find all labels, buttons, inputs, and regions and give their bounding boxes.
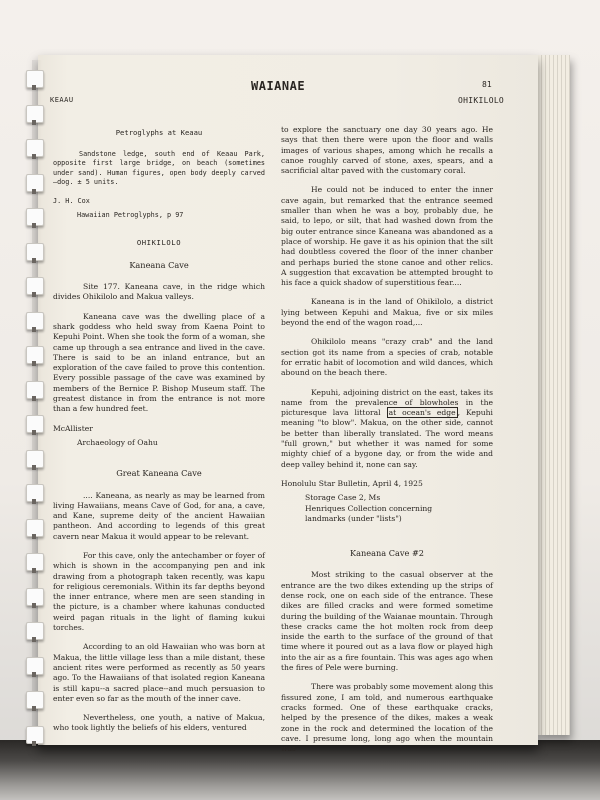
cite-line: Storage Case 2, Ms	[305, 493, 493, 503]
binding-coil	[24, 657, 44, 677]
cave2-p1: Most striking to the casual observer at …	[281, 570, 493, 673]
binding-coil	[24, 450, 44, 470]
binding-coil	[24, 622, 44, 642]
binding-coil	[24, 484, 44, 504]
great-kaneana-p3: According to an old Hawaiian who was bor…	[53, 642, 265, 704]
binding-coil	[24, 312, 44, 332]
binding-coil	[24, 208, 44, 228]
petroglyphs-text: Sandstone ledge, south end of Keaau Park…	[53, 150, 265, 188]
kaneana-cite-author: McAllister	[53, 424, 265, 434]
bracketed-insert: at ocean's edge	[387, 407, 458, 418]
right-p4: Ohikilolo means "crazy crab" and the lan…	[281, 337, 493, 378]
binding-coil	[24, 346, 44, 366]
binding-coil	[24, 174, 44, 194]
binding-coil	[24, 243, 44, 263]
binding-coil	[24, 726, 44, 746]
cite-line: landmarks (under "lists")	[305, 514, 493, 524]
header-title: WAIANAE	[251, 79, 305, 93]
great-kaneana-p4: Nevertheless, one youth, a native of Mak…	[53, 713, 265, 734]
binding-coil	[24, 691, 44, 711]
header-right-label: OHIKILOLO	[458, 96, 504, 105]
binding-coil	[24, 588, 44, 608]
binding-coil	[24, 381, 44, 401]
right-column: to explore the sanctuary one day 30 year…	[281, 125, 493, 763]
petroglyphs-cite-work: Hawaiian Petroglyphs, p 97	[77, 211, 265, 221]
right-p1: to explore the sanctuary one day 30 year…	[281, 125, 493, 176]
star-bulletin-cite: Honolulu Star Bulletin, April 4, 1925	[281, 479, 493, 489]
kaneana-p2: Kaneana cave was the dwelling place of a…	[53, 312, 265, 415]
petroglyphs-cite-author: J. H. Cox	[53, 197, 265, 207]
header-left-label: KEAAU	[50, 96, 74, 104]
kaneana-p1: Site 177. Kaneana cave, in the ridge whi…	[53, 282, 265, 303]
right-p5: Kepuhi, adjoining district on the east, …	[281, 388, 493, 470]
binding-coil	[24, 70, 44, 90]
great-kaneana-p2: For this cave, only the antechamber or f…	[53, 551, 265, 633]
binding-coil	[24, 415, 44, 435]
left-column: Petroglyphs at Keaau Sandstone ledge, so…	[53, 128, 265, 743]
section-heading-ohikilolo: OHIKILOLO	[53, 238, 265, 248]
binding-coil	[24, 519, 44, 539]
petroglyphs-heading: Petroglyphs at Keaau	[53, 128, 265, 138]
great-kaneana-heading: Great Kaneana Cave	[53, 468, 265, 478]
great-kaneana-p1: .... Kaneana, as nearly as may be learne…	[53, 491, 265, 542]
page-stack-edge	[538, 55, 570, 735]
binding-coil	[24, 277, 44, 297]
right-p2: He could not be induced to enter the inn…	[281, 185, 493, 288]
cave2-heading: Kaneana Cave #2	[281, 548, 493, 558]
right-p3: Kaneana is in the land of Ohikilolo, a d…	[281, 297, 493, 328]
binding-coil	[24, 139, 44, 159]
cite-line: Henriques Collection concerning	[305, 504, 493, 514]
cave2-p2: There was probably some movement along t…	[281, 682, 493, 754]
kaneana-heading: Kaneana Cave	[53, 260, 265, 270]
petroglyphs-section: Petroglyphs at Keaau Sandstone ledge, so…	[53, 128, 265, 248]
binding-coil	[24, 105, 44, 125]
page-number: 81	[482, 80, 492, 89]
kaneana-cite-work: Archaeology of Oahu	[77, 438, 265, 448]
binding-coil	[24, 553, 44, 573]
